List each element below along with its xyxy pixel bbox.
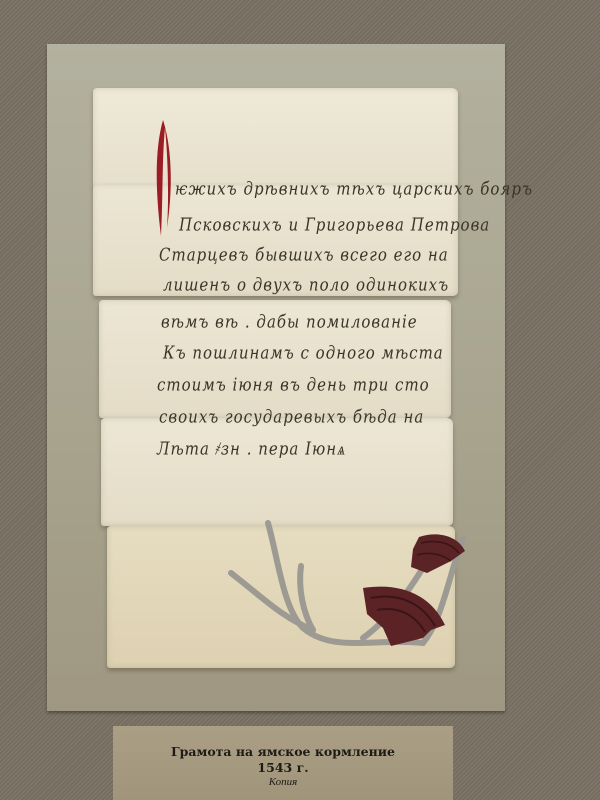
- manuscript-line: Къ пошлинамъ с одного мѣста: [163, 343, 444, 364]
- paper-fold-4: [101, 418, 453, 526]
- manuscript-line: вѣмъ вѣ . дабы помилованіе: [161, 312, 418, 333]
- manuscript-line: своихъ государевыхъ бѣда на: [159, 407, 424, 428]
- manuscript-line: лишенъ о двухъ поло одинокихъ: [163, 275, 449, 296]
- manuscript-line: Псковскихъ и Григорьева Петрова: [179, 215, 490, 236]
- manuscript-line: Старцевъ бывшихъ всего его на: [159, 245, 449, 266]
- manuscript-line: стоимъ іюня въ день три сто: [157, 375, 430, 396]
- caption-year: 1543 г.: [113, 760, 453, 775]
- paper-fold-1: [93, 88, 458, 188]
- charter-document: ѥжихъ дрѣвнихъ тѣхъ царскихъ бояръ Псков…: [93, 88, 458, 668]
- red-initial-letter: [153, 118, 173, 238]
- wax-seal-fragment-large: [361, 580, 451, 650]
- museum-caption-label: Грамота на ямское кормление 1543 г. Копи…: [113, 726, 453, 800]
- wax-seal-fragment-small: [407, 531, 467, 576]
- manuscript-line: Лѣта ҂зн . пера Іюнѧ: [157, 439, 346, 461]
- manuscript-line: ѥжихъ дрѣвнихъ тѣхъ царскихъ бояръ: [175, 179, 533, 200]
- caption-note: Копия: [113, 776, 453, 788]
- caption-title: Грамота на ямское кормление: [113, 744, 453, 759]
